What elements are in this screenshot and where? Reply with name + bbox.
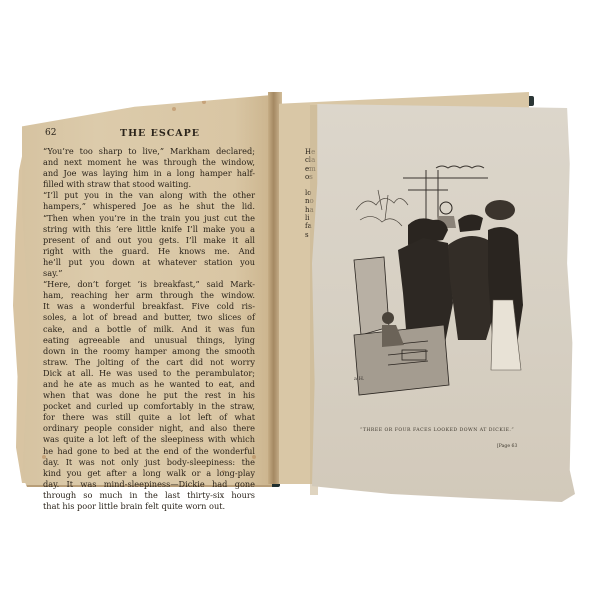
text-line: right with the guard. He knows me. And [43,246,255,257]
text-line: through so much in the last thirty-six h… [43,490,255,501]
svg-text:a.H.: a.H. [354,376,365,382]
text-line: he had gone to bed at the end of the won… [43,446,255,457]
plate-page-reference: [Page 63 [497,444,517,449]
text-line: straw. The jolting of the cart did not w… [43,357,255,368]
text-line: was quite a lot left of the sleepiness w… [43,434,255,445]
foxing-spot [202,100,206,104]
open-book: He cla em os lo no ha li fa s [0,0,595,595]
text-line: for there was still quite a lot left of … [43,412,255,423]
text-line: day. It was not only just body-sleepines… [43,457,255,468]
text-line: “Here, don’t forget ’is breakfast,” said… [43,279,255,290]
text-line: pocket and curled up comfortably in the … [43,401,255,412]
text-line: “Then when you’re in the train you just … [43,213,255,224]
text-line: day. It was mind-sleepiness—Dickie had g… [43,479,255,490]
text-line: It was a wonderful breakfast. Five cold … [43,301,255,312]
text-line: hampers,” whispered Joe as he shut the l… [43,201,255,212]
text-line: soles, a lot of bread and butter, two sl… [43,312,255,323]
page-number: 62 [45,128,56,138]
text-line: say.” [43,268,255,279]
left-page-body: “You’re too sharp to live,” Markham decl… [43,146,255,512]
text-line: ordinary people consider night, and also… [43,423,255,434]
plate-caption: “THREE OR FOUR FACES LOOKED DOWN AT DICK… [360,428,540,433]
text-line: “I’ll put you in the van along with the … [43,190,255,201]
text-line: and Joe was laying him in a long hamper … [43,168,255,179]
foxing-spot [62,109,66,113]
text-line: ham, reaching her arm through the window… [43,290,255,301]
text-line: string with this ’ere little knife I’ll … [43,224,255,235]
illustration-drawing: a.H. [348,150,528,400]
text-line: and next moment he was through the windo… [43,157,255,168]
text-line: “You’re too sharp to live,” Markham decl… [43,146,255,157]
running-title: THE ESCAPE [120,128,200,139]
text-line: present of and out you gets. I’ll make i… [43,235,255,246]
text-line: down in the roomy hamper among the smoot… [43,346,255,357]
foxing-spot [132,103,135,106]
text-line: he’ll put you down at whatever station y… [43,257,255,268]
text-line: Dick at all. He was used to the perambul… [43,368,255,379]
text-line: filled with straw that stood waiting. [43,179,255,190]
foxing-spot [172,107,176,111]
text-line: eating agreeable and unusual things, lyi… [43,335,255,346]
text-line: that his poor little brain felt quite wo… [43,501,255,512]
page-header: 62 THE ESCAPE [45,128,255,142]
text-line: and he ate as much as he wanted to eat, … [43,379,255,390]
text-line: when that was done he put the rest in hi… [43,390,255,401]
text-line: cake, and a bottle of milk. And it was f… [43,324,255,335]
text-line: kind you get after a long walk or a long… [43,468,255,479]
